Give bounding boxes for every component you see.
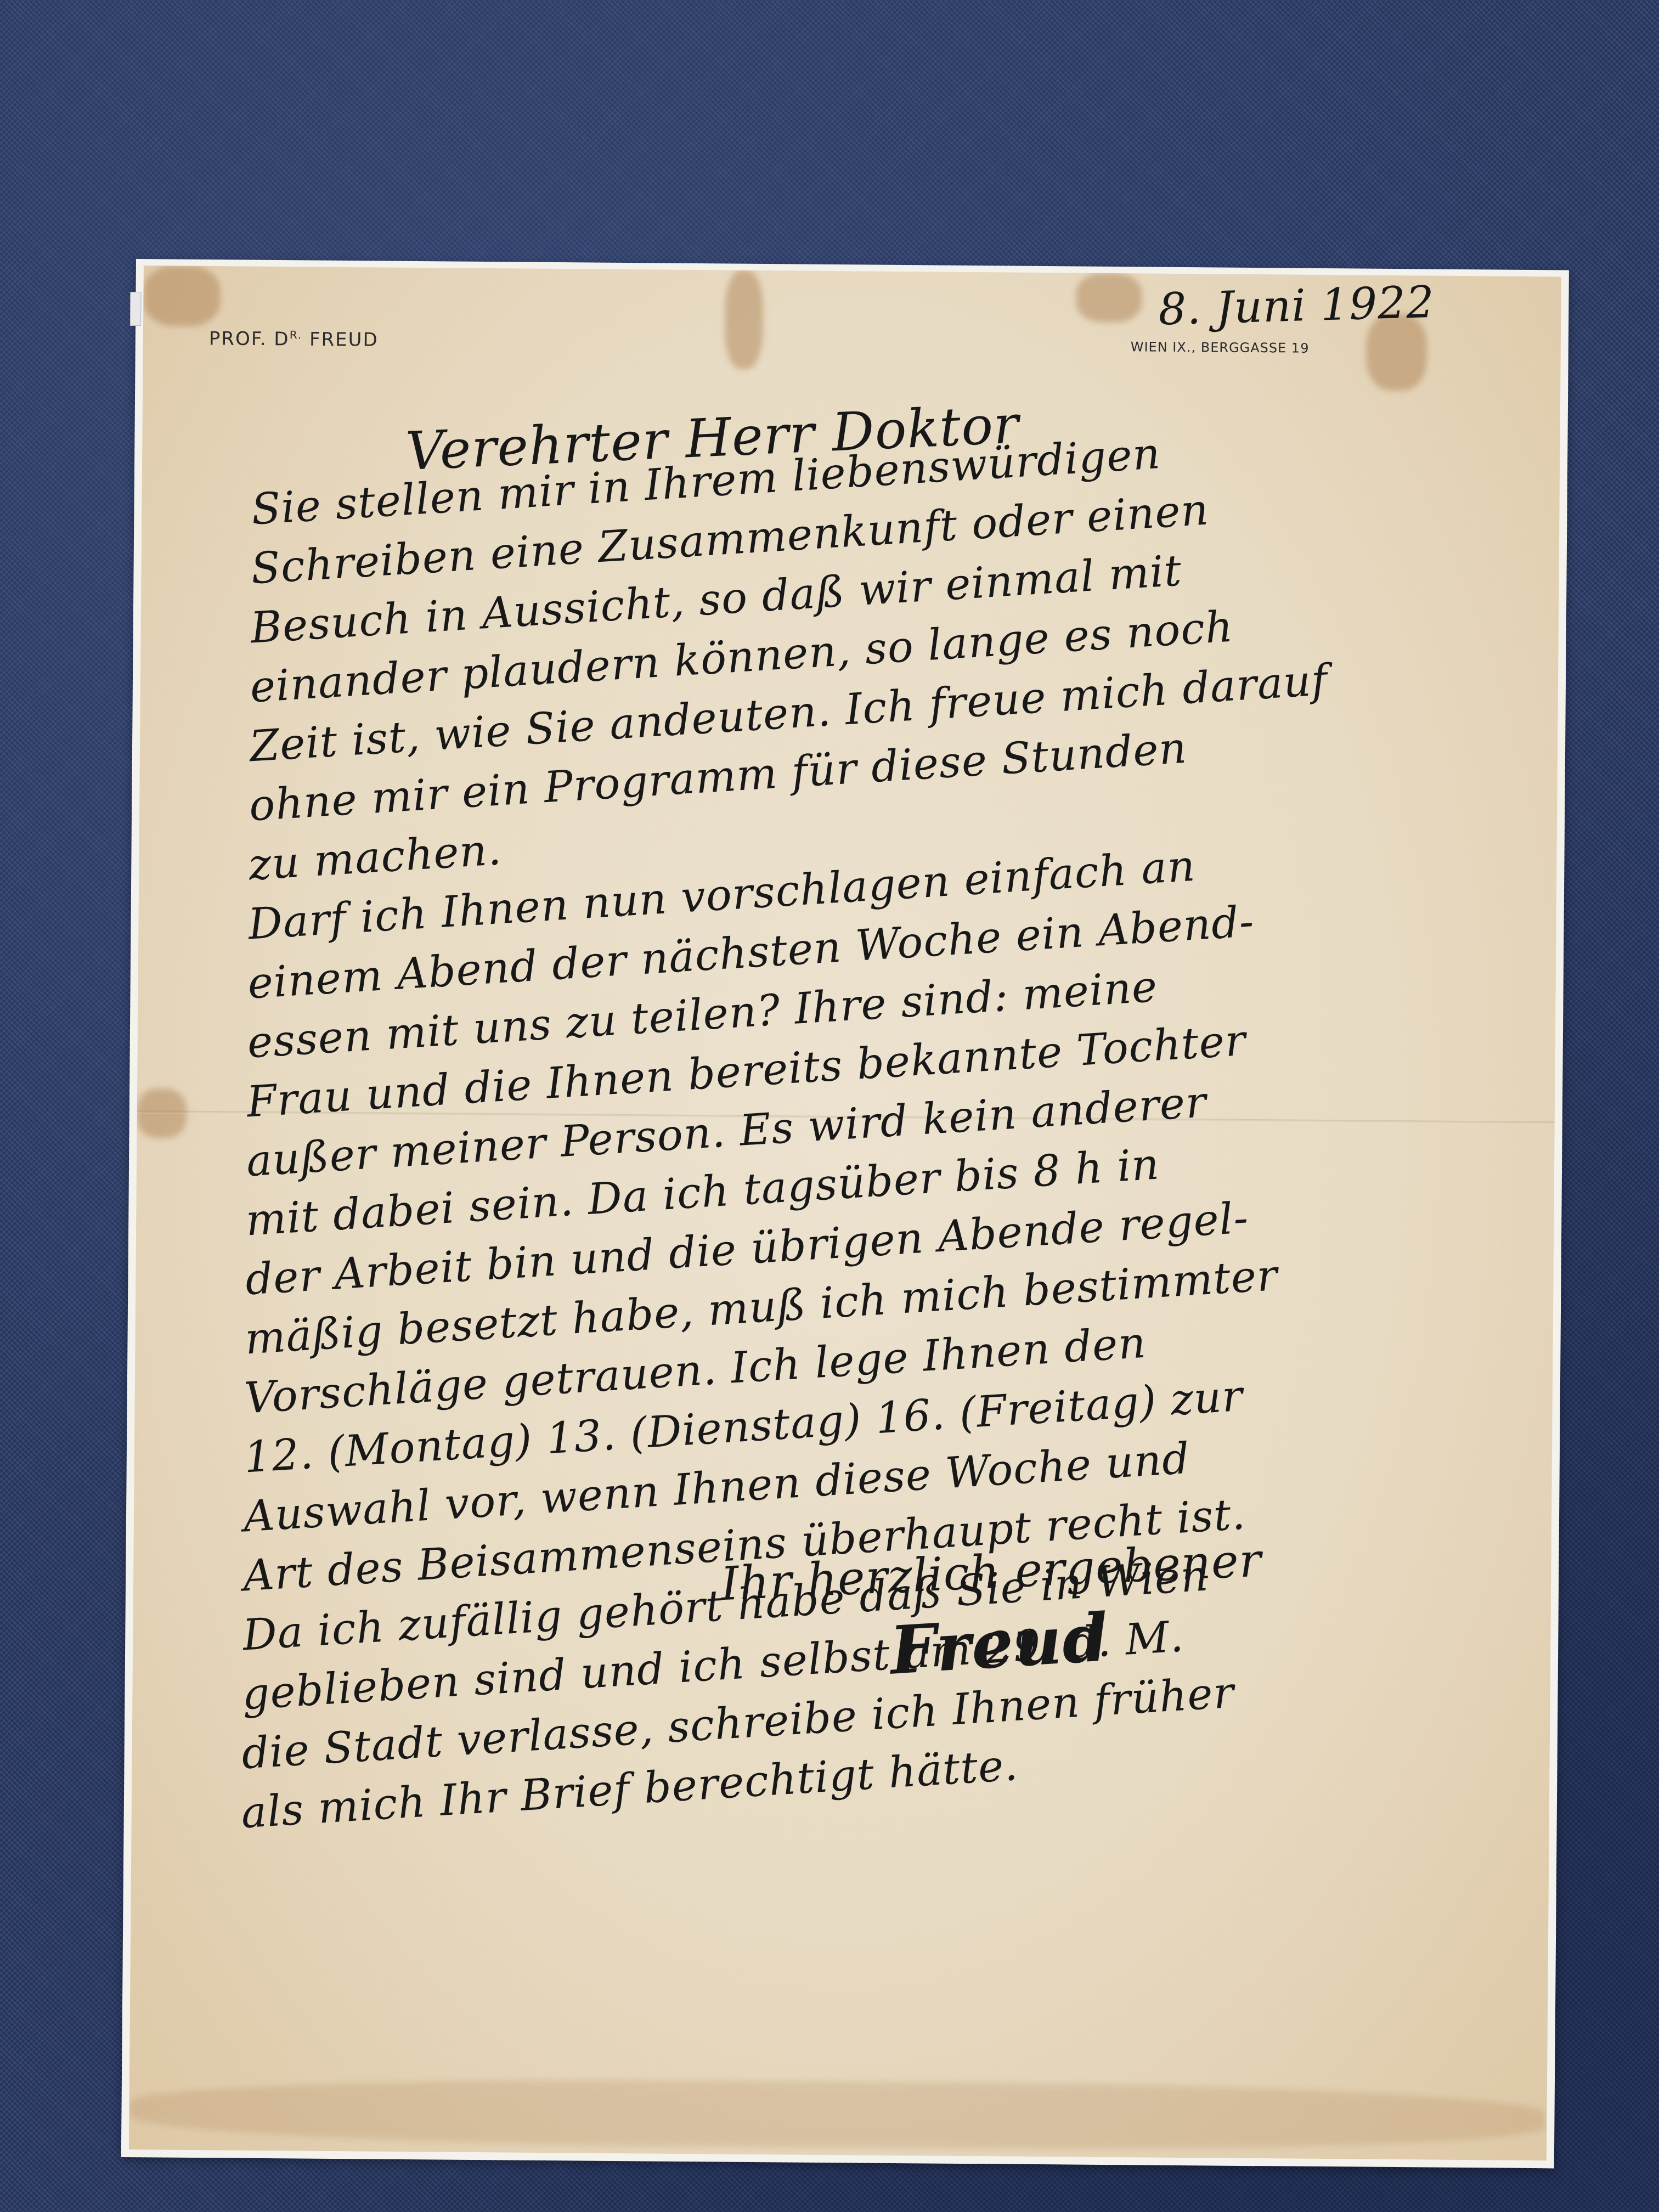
letter-paper: PROF. DR. FREUD WIEN IX., BERGGASSE 19 8… xyxy=(129,266,1561,2160)
letterhead-surname: FREUD xyxy=(309,329,379,351)
mounting-tab xyxy=(130,292,141,326)
stain xyxy=(143,266,221,326)
letter-date: 8. Juni 1922 xyxy=(1158,276,1435,335)
letterhead-prefix: PROF. D xyxy=(209,328,290,350)
letterhead-name: PROF. DR. FREUD xyxy=(209,328,379,351)
letterhead-address: WIEN IX., BERGGASSE 19 xyxy=(1131,339,1310,356)
stain xyxy=(129,2076,1545,2153)
mat-board: PROF. DR. FREUD WIEN IX., BERGGASSE 19 8… xyxy=(121,259,1569,2168)
stain xyxy=(724,270,763,369)
stain xyxy=(1076,273,1142,323)
signature: Freud xyxy=(888,1599,1111,1689)
letterhead-superscript: R. xyxy=(290,328,303,341)
letter-body: Sie stellen mir in Ihrem liebenswürdigen… xyxy=(241,481,1513,1853)
